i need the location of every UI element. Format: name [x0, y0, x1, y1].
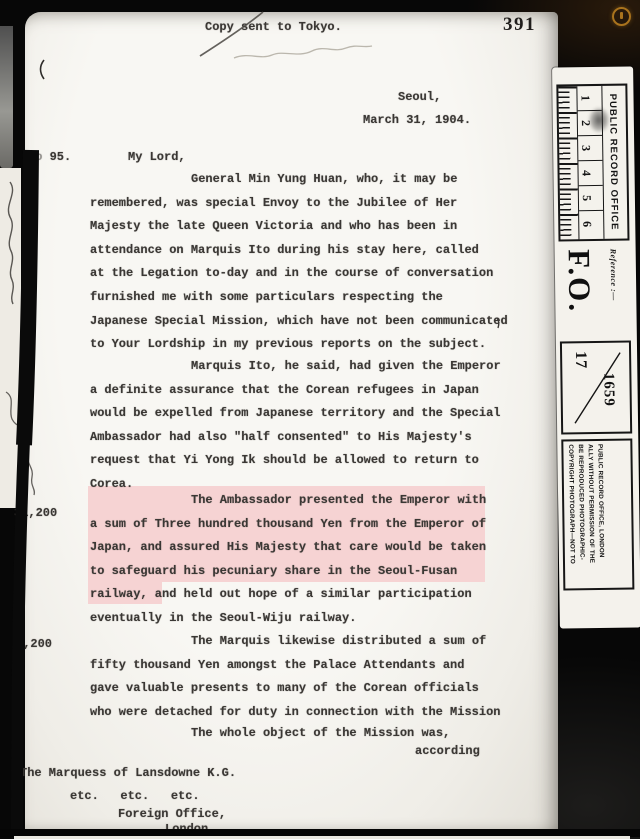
body-line: Ambassador had also "half consented" to …: [90, 426, 501, 450]
body-line: fifty thousand Yen amongst the Palace At…: [90, 654, 500, 678]
body-line: gave valuable presents to many of the Co…: [90, 677, 500, 701]
body-line: at the Legation to-day and in the course…: [90, 262, 508, 286]
stamp-reference-section: F.O. Reference :—: [559, 243, 631, 341]
closing-word: according: [415, 744, 480, 758]
ruler-number: 6: [579, 211, 603, 236]
body-line: to safeguard his pecuniary share in the …: [90, 560, 486, 584]
ink-smudge: [585, 103, 613, 137]
paragraph-5: The whole object of the Mission was,: [191, 722, 450, 746]
body-line: a definite assurance that the Corean ref…: [90, 379, 501, 403]
body-line: railway, and held out hope of a similar …: [90, 583, 486, 607]
pro-stamp-label: 1 2 3 4 5 6 PUBLIC RECORD OFFICE F.O. Re…: [552, 66, 640, 628]
copyright-line: PUBLIC RECORD OFFICE, LONDON: [595, 444, 607, 585]
handwriting-mark: [8, 182, 13, 304]
body-line: Japanese Special Mission, which have not…: [90, 310, 508, 334]
body-line: would be expelled from Japanese territor…: [90, 402, 501, 426]
body-line: The Marquis likewise distributed a sum o…: [90, 630, 500, 654]
info-icon-bar: [620, 12, 623, 19]
body-line: to Your Lordship in my previous reports …: [90, 333, 508, 357]
addressee-etc-line: etc. etc. etc.: [70, 789, 200, 803]
stamp-fo-label: F.O.: [561, 249, 598, 313]
body-line: Marquis Ito, he said, had given the Empe…: [90, 355, 501, 379]
addressee-line: The Marquess of Lansdowne K.G.: [20, 766, 236, 780]
paragraph-1: General Min Yung Huan, who, it may be re…: [90, 168, 508, 357]
body-line: The Ambassador presented the Emperor wit…: [90, 489, 486, 513]
doc-number: No 95.: [28, 150, 71, 164]
place-line: Seoul,: [398, 90, 441, 104]
info-icon[interactable]: [612, 7, 631, 26]
paragraph-4: The Marquis likewise distributed a sum o…: [90, 630, 500, 724]
body-line: The whole object of the Mission was,: [191, 722, 450, 746]
body-line: a sum of Three hundred thousand Yen from…: [90, 513, 486, 537]
stamp-copyright-text: COPYRIGHT PHOTOGRAPH—NOT TO BE REPRODUCE…: [565, 444, 606, 586]
salutation: My Lord,: [128, 150, 186, 164]
paragraph-3-highlighted: The Ambassador presented the Emperor wit…: [90, 489, 486, 631]
ruler-number: 3: [578, 136, 602, 161]
body-line: remembered, was special Envoy to the Jub…: [90, 192, 508, 216]
body-line: request that Yi Yong Ik should be allowe…: [90, 449, 501, 473]
body-line: eventually in the Seoul-Wiju railway.: [90, 607, 486, 631]
addressee-office-line: Foreign Office,: [118, 807, 226, 821]
adjacent-page-edge: [0, 26, 13, 168]
stamp-reference-number-box: 17 1659: [560, 341, 632, 435]
doc-number-prefix: No: [28, 150, 42, 164]
viewer-canvas: Copy sent to Tokyo. 391 Seoul, March 31,…: [0, 0, 640, 839]
doc-number-value: 95.: [50, 150, 72, 164]
ruler-number: 4: [578, 161, 602, 186]
body-line: Majesty the late Queen Victoria and who …: [90, 215, 508, 239]
body-line: furnished me with some particulars respe…: [90, 286, 508, 310]
body-line: General Min Yung Huan, who, it may be: [90, 168, 508, 192]
folio-number: 391: [503, 14, 536, 36]
stamp-reference-label: Reference :—: [609, 249, 619, 301]
body-line: Japan, and assured His Majesty that care…: [90, 536, 486, 560]
body-line: attendance on Marquis Ito during his sta…: [90, 239, 508, 263]
margin-note-5200: 5,200: [16, 637, 52, 651]
ruler-number: 5: [579, 186, 603, 211]
paragraph-2: Marquis Ito, he said, had given the Empe…: [90, 355, 501, 497]
body-line: who were detached for duty in connection…: [90, 701, 500, 725]
stamp-copyright-box: COPYRIGHT PHOTOGRAPH—NOT TO BE REPRODUCE…: [561, 439, 634, 591]
copy-note: Copy sent to Tokyo.: [205, 20, 342, 34]
ruler-ticks-major: [558, 86, 578, 239]
margin-note-31200: 31,200: [14, 506, 57, 520]
stamp-slash: [562, 343, 630, 433]
left-page-sliver: [0, 168, 21, 508]
date-line: March 31, 1904.: [363, 113, 471, 127]
